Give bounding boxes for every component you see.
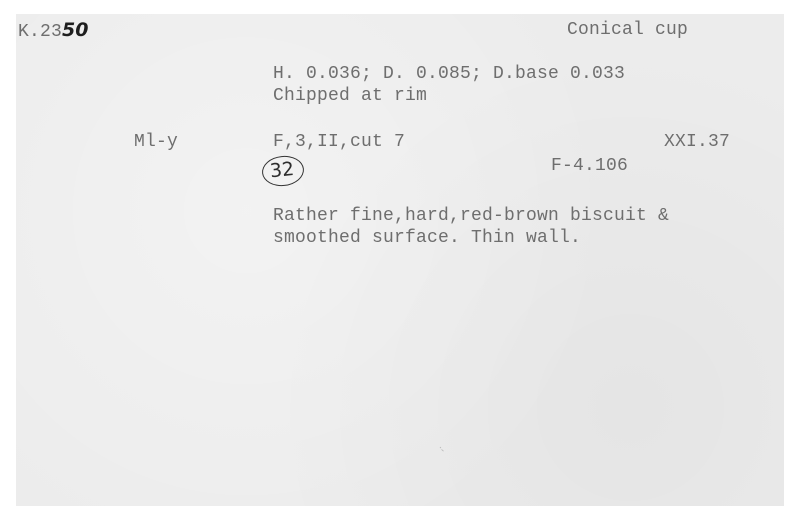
dimensions: H. 0.036; D. 0.085; D.base 0.033	[273, 64, 625, 84]
catalog-number-handwritten: 50	[62, 19, 88, 41]
circled-number: 32	[261, 154, 306, 188]
findspot: F,3,II,cut 7	[273, 132, 405, 152]
stray-mark: ·-	[433, 443, 453, 463]
catalog-card: K.2350 Conical cup H. 0.036; D. 0.085; D…	[16, 14, 784, 506]
object-type: Conical cup	[567, 20, 688, 40]
level-code: Ml-y	[134, 132, 178, 152]
inventory-number: F-4.106	[551, 156, 628, 176]
catalog-number-typed: K.23	[18, 22, 62, 42]
catalog-number: K.2350	[18, 20, 88, 42]
condition-note: Chipped at rim	[273, 86, 427, 106]
date: XXI.37	[664, 132, 730, 152]
description-line-2: smoothed surface. Thin wall.	[273, 228, 581, 248]
circled-number-text: 32	[269, 159, 295, 181]
description-line-1: Rather fine,hard,red-brown biscuit &	[273, 206, 669, 226]
